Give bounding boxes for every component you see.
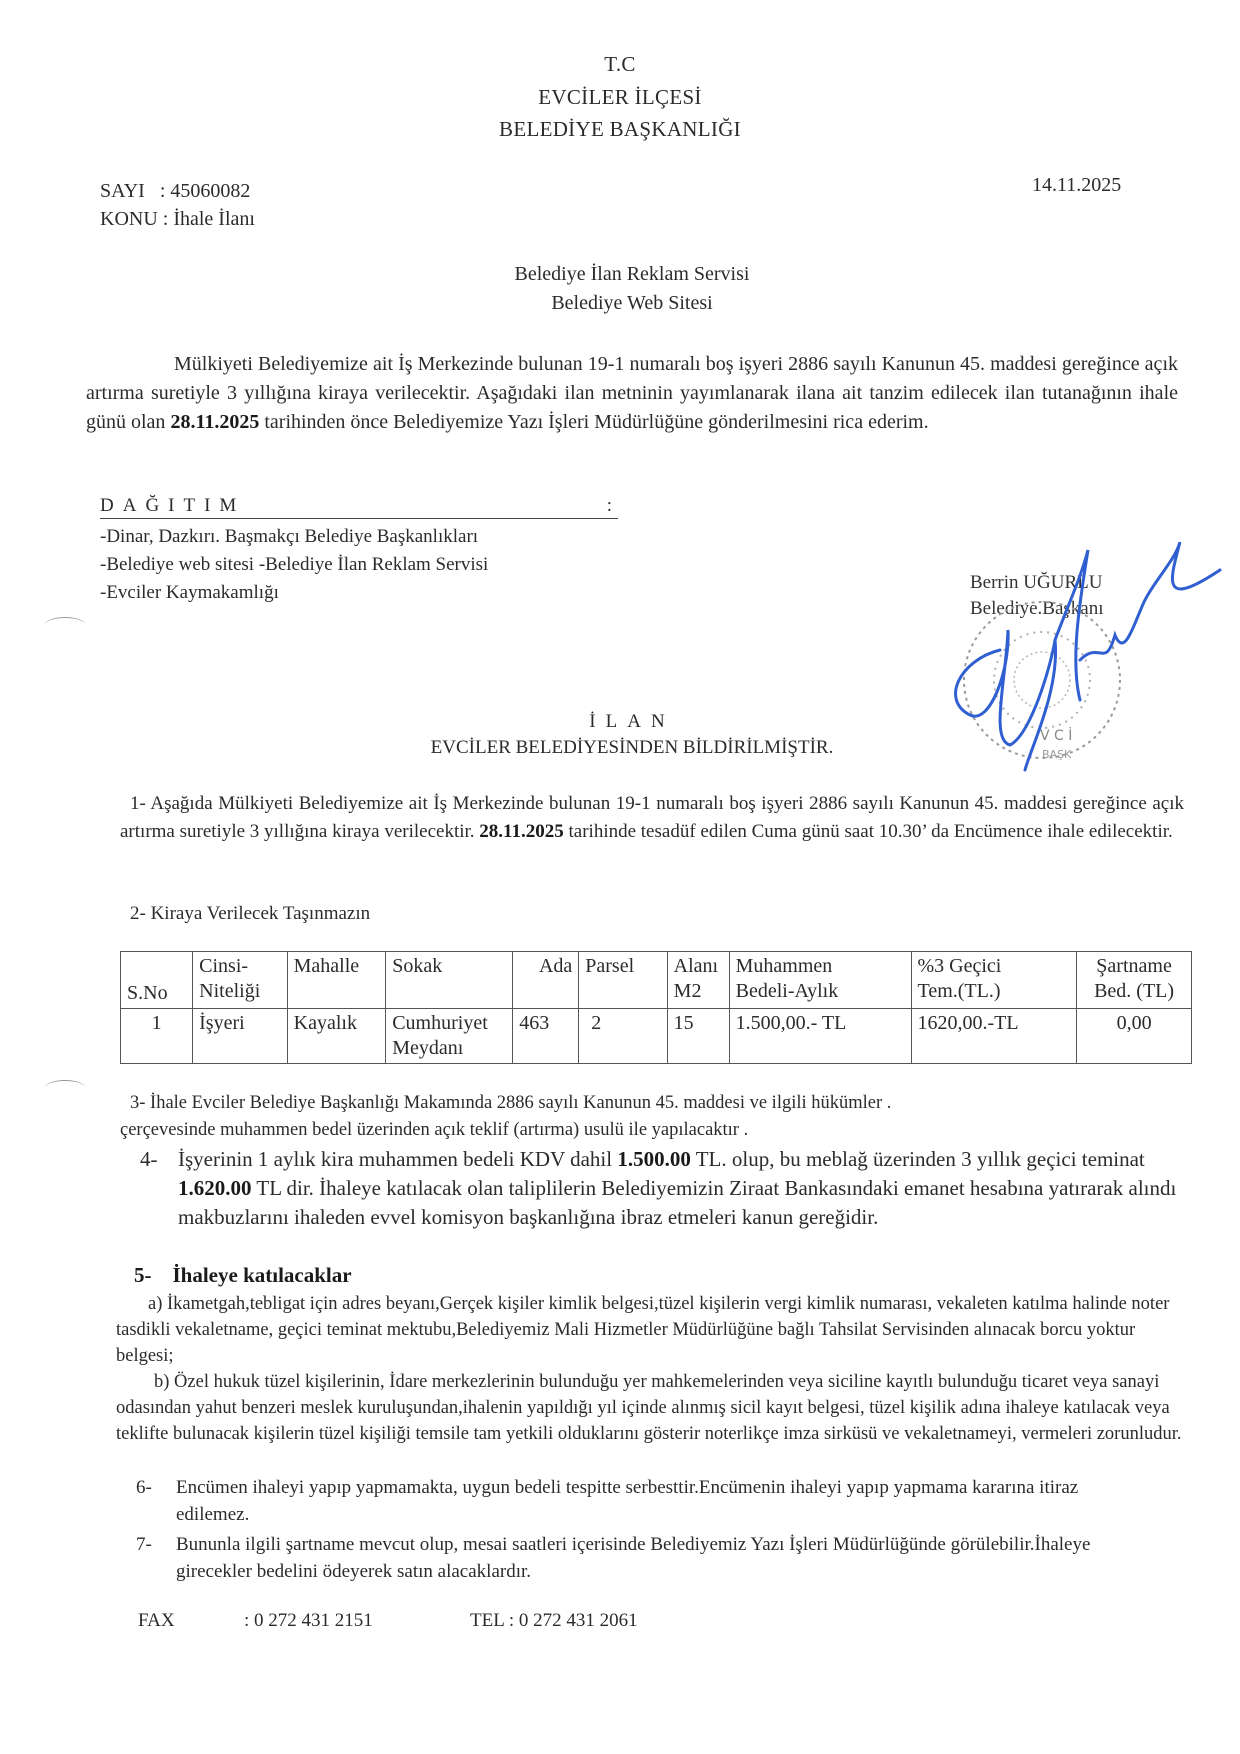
item-4-text: İşyerinin 1 aylık kira muhammen bedeli K… xyxy=(178,1145,1178,1232)
header-alan: AlanıM2 xyxy=(667,952,729,1009)
distribution-item: -Belediye web sitesi -Belediye İlan Rekl… xyxy=(100,551,488,579)
distribution-item: -Dinar, Dazkırı. Başmakçı Belediye Başka… xyxy=(100,523,488,551)
property-table: S.No Cinsi-Niteliği Mahalle Sokak Ada Pa… xyxy=(120,951,1192,1064)
table-row: 1 İşyeri Kayalık CumhuriyetMeydanı 463 2… xyxy=(121,1009,1192,1064)
subject: KONU : İhale İlanı xyxy=(100,208,255,231)
header-municipality: BELEDİYE BAŞKANLIĞI xyxy=(0,117,1240,142)
cell-gecici-teminat: 1620,00.-TL xyxy=(911,1009,1077,1064)
fax-number: : 0 272 431 2151 xyxy=(244,1610,373,1632)
fax-label: FAX xyxy=(138,1610,175,1632)
cell-parsel: 2 xyxy=(579,1009,667,1064)
cover-letter-text-end: tarihinden önce Belediyemize Yazı İşleri… xyxy=(259,411,928,433)
distribution-heading: DAĞITIM : xyxy=(100,494,618,519)
header-parsel: Parsel xyxy=(579,952,667,1009)
recipient-line-2: Belediye Web Sitesi xyxy=(12,292,1240,315)
announcement-subtitle: EVCİLER BELEDİYESİNDEN BİLDİRİLMİŞTİR. xyxy=(12,737,1240,759)
header-sokak: Sokak xyxy=(386,952,513,1009)
punch-mark xyxy=(45,617,85,632)
item-5-a: a) İkametgah,tebligat için adres beyanı,… xyxy=(116,1291,1186,1369)
announcement-item-4: 4- İşyerinin 1 aylık kira muhammen bedel… xyxy=(140,1145,1200,1232)
item-3-line-2: çerçevesinde muhammen bedel üzerinden aç… xyxy=(120,1117,891,1144)
header-sartname: ŞartnameBed. (TL) xyxy=(1077,952,1192,1009)
item-7-text: Bununla ilgili şartname mevcut olup, mes… xyxy=(176,1531,1136,1585)
punch-mark xyxy=(45,1080,85,1095)
header-district: EVCİLER İLÇESİ xyxy=(0,85,1240,110)
distribution-colon: : xyxy=(607,494,612,518)
item-5-b: b) Özel hukuk tüzel kişilerinin, İdare m… xyxy=(116,1369,1186,1447)
document-date: 14.11.2025 xyxy=(1032,174,1121,197)
item-1-text-end: tarihinde tesadüf edilen Cuma günü saat … xyxy=(564,821,1173,842)
property-table-label: 2- Kiraya Verilecek Taşınmazın xyxy=(130,903,370,925)
tender-date: 28.11.2025 xyxy=(479,821,563,842)
item-4-number: 4- xyxy=(140,1145,158,1174)
header-tc: T.C xyxy=(0,52,1240,77)
header-sno: S.No xyxy=(121,952,193,1009)
phone-number: TEL : 0 272 431 2061 xyxy=(470,1610,638,1632)
announcement-item-3: 3- İhale Evciler Belediye Başkanlığı Mak… xyxy=(130,1090,891,1144)
item-6-text: Encümen ihaleyi yapıp yapmamakta, uygun … xyxy=(176,1474,1136,1528)
recipient-line-1: Belediye İlan Reklam Servisi xyxy=(12,263,1240,286)
cell-sartname: 0,00 xyxy=(1077,1009,1192,1064)
distribution-list: -Dinar, Dazkırı. Başmakçı Belediye Başka… xyxy=(100,523,488,607)
cell-mahalle: Kayalık xyxy=(287,1009,386,1064)
header-gecici-teminat: %3 GeçiciTem.(TL.) xyxy=(911,952,1077,1009)
header-ada: Ada xyxy=(513,952,579,1009)
item-7-number: 7- xyxy=(136,1531,152,1558)
cell-sokak: CumhuriyetMeydanı xyxy=(386,1009,513,1064)
header-muhammen: MuhammenBedeli-Aylık xyxy=(729,952,911,1009)
guarantee-amount: 1.620.00 xyxy=(178,1176,252,1200)
item-5-heading: 5- İhaleye katılacaklar xyxy=(134,1263,352,1288)
cell-ada: 463 xyxy=(513,1009,579,1064)
monthly-rent-amount: 1.500.00 xyxy=(617,1147,691,1171)
distribution-heading-text: DAĞITIM xyxy=(100,495,245,516)
cell-alan: 15 xyxy=(667,1009,729,1064)
deadline-date: 28.11.2025 xyxy=(170,411,259,433)
table-header-row: S.No Cinsi-Niteliği Mahalle Sokak Ada Pa… xyxy=(121,952,1192,1009)
announcement-item-6: 6- Encümen ihaleyi yapıp yapmamakta, uyg… xyxy=(136,1474,1136,1528)
cell-sno: 1 xyxy=(121,1009,193,1064)
distribution-item: -Evciler Kaymakamlığı xyxy=(100,579,488,607)
announcement-title: İLAN xyxy=(12,711,1240,733)
header-cinsi: Cinsi-Niteliği xyxy=(193,952,288,1009)
announcement-item-7: 7- Bununla ilgili şartname mevcut olup, … xyxy=(136,1531,1136,1585)
reference-number: SAYI : 45060082 xyxy=(100,180,250,203)
item-6-number: 6- xyxy=(136,1474,152,1501)
item-3-line-1: 3- İhale Evciler Belediye Başkanlığı Mak… xyxy=(130,1090,891,1117)
cell-muhammen: 1.500,00.- TL xyxy=(729,1009,911,1064)
cover-letter-body: Mülkiyeti Belediyemize ait İş Merkezinde… xyxy=(86,350,1178,437)
cell-cinsi: İşyeri xyxy=(193,1009,288,1064)
header-mahalle: Mahalle xyxy=(287,952,386,1009)
announcement-item-1: 1- Aşağıda Mülkiyeti Belediyemize ait İş… xyxy=(120,790,1184,846)
